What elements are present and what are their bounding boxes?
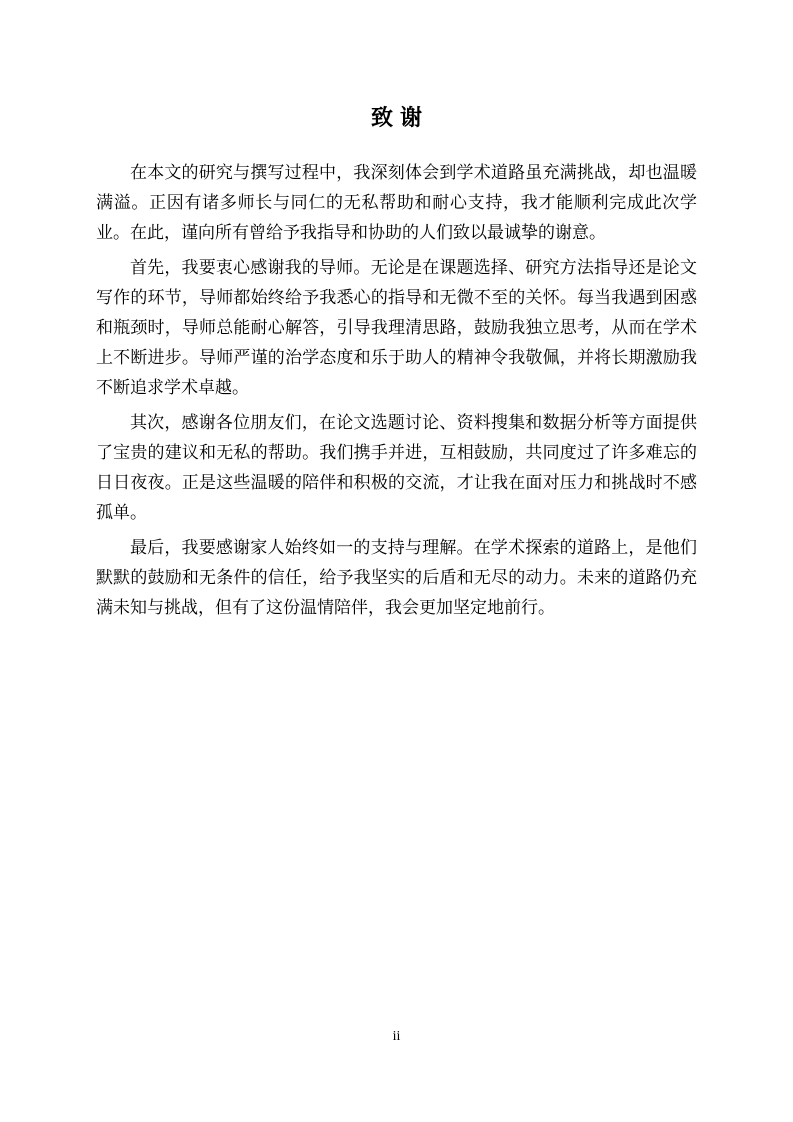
page-content: 致谢 在本文的研究与撰写过程中，我深刻体会到学术道路虽充满挑战，却也温暖满溢。正… xyxy=(96,103,697,628)
paragraph-2: 首先，我要衷心感谢我的导师。无论是在课题选择、研究方法指导还是论文写作的环节，导… xyxy=(96,253,697,403)
paragraph-1: 在本文的研究与撰写过程中，我深刻体会到学术道路虽充满挑战，却也温暖满溢。正因有诸… xyxy=(96,158,697,248)
document-page: 致谢 在本文的研究与撰写过程中，我深刻体会到学术道路虽充满挑战，却也温暖满溢。正… xyxy=(0,0,793,1122)
paragraph-3: 其次，感谢各位朋友们，在论文选题讨论、资料搜集和数据分析等方面提供了宝贵的建议和… xyxy=(96,408,697,528)
page-number: ii xyxy=(0,1028,793,1046)
paragraph-4: 最后，我要感谢家人始终如一的支持与理解。在学术探索的道路上，是他们默默的鼓励和无… xyxy=(96,533,697,623)
page-title: 致谢 xyxy=(96,103,697,133)
